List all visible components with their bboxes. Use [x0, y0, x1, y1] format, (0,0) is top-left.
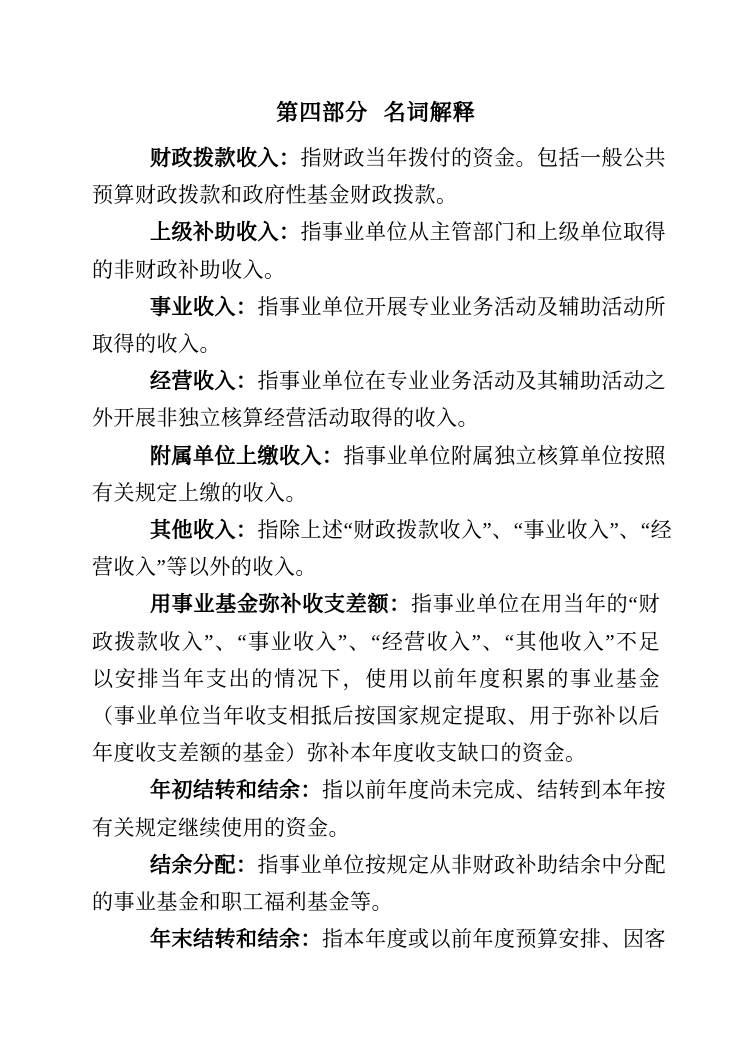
definition-paragraph: 财政拨款收入：指财政当年拨付的资金。包括一般公共预算财政拨款和政府性基金财政拨款… — [92, 140, 660, 214]
text-line: 的事业基金和职工福利基金等。 — [92, 884, 660, 921]
definition-paragraph: 事业收入：指事业单位开展专业业务活动及辅助活动所取得的收入。 — [92, 289, 660, 363]
definition-term: 年初结转和结余： — [150, 778, 322, 802]
text-line: 有关规定继续使用的资金。 — [92, 810, 660, 847]
text-line: 外开展非独立核算经营活动取得的收入。 — [92, 400, 660, 437]
text-line: 政拨款收入”、“事业收入”、“经营收入”、“其他收入”不足 — [92, 624, 660, 661]
definition-paragraph: 其他收入：指除上述“财政拨款收入”、“事业收入”、“经营收入”等以外的收入。 — [92, 512, 660, 586]
text-line: 用事业基金弥补收支差额：指事业单位在用当年的“财 — [92, 586, 660, 623]
text-line: 结余分配：指事业单位按规定从非财政补助结余中分配 — [92, 847, 660, 884]
text-line: 年末结转和结余：指本年度或以前年度预算安排、因客 — [92, 921, 660, 958]
text-line: 附属单位上缴收入：指事业单位附属独立核算单位按照 — [92, 438, 660, 475]
definition-paragraph: 结余分配：指事业单位按规定从非财政补助结余中分配的事业基金和职工福利基金等。 — [92, 847, 660, 921]
definition-paragraph: 经营收入：指事业单位在专业业务活动及其辅助活动之外开展非独立核算经营活动取得的收… — [92, 363, 660, 437]
text-line: 财政拨款收入：指财政当年拨付的资金。包括一般公共 — [92, 140, 660, 177]
definition-term: 其他收入： — [150, 518, 258, 542]
text-line: 年初结转和结余：指以前年度尚未完成、结转到本年按 — [92, 772, 660, 809]
definition-term: 年末结转和结余： — [150, 927, 322, 951]
definitions-list: 财政拨款收入：指财政当年拨付的资金。包括一般公共预算财政拨款和政府性基金财政拨款… — [92, 140, 660, 958]
definition-paragraph: 年初结转和结余：指以前年度尚未完成、结转到本年按有关规定继续使用的资金。 — [92, 772, 660, 846]
definition-paragraph: 用事业基金弥补收支差额：指事业单位在用当年的“财政拨款收入”、“事业收入”、“经… — [92, 586, 660, 772]
definition-term: 附属单位上缴收入： — [150, 444, 344, 468]
definition-paragraph: 年末结转和结余：指本年度或以前年度预算安排、因客 — [92, 921, 660, 958]
definition-term: 上级补助收入： — [150, 220, 301, 244]
definition-paragraph: 上级补助收入：指事业单位从主管部门和上级单位取得的非财政补助收入。 — [92, 214, 660, 288]
definition-paragraph: 附属单位上缴收入：指事业单位附属独立核算单位按照有关规定上缴的收入。 — [92, 438, 660, 512]
definition-term: 财政拨款收入： — [150, 146, 301, 170]
definition-term: 用事业基金弥补收支差额： — [150, 592, 411, 616]
definition-term: 事业收入： — [150, 295, 258, 319]
text-line: 经营收入：指事业单位在专业业务活动及其辅助活动之 — [92, 363, 660, 400]
text-line: 预算财政拨款和政府性基金财政拨款。 — [92, 177, 660, 214]
text-line: 上级补助收入：指事业单位从主管部门和上级单位取得 — [92, 214, 660, 251]
text-line: 事业收入：指事业单位开展专业业务活动及辅助活动所 — [92, 289, 660, 326]
text-line: 取得的收入。 — [92, 326, 660, 363]
text-line: 以安排当年支出的情况下，使用以前年度积累的事业基金 — [92, 661, 660, 698]
text-line: 有关规定上缴的收入。 — [92, 475, 660, 512]
document-page: 第四部分 名词解释 财政拨款收入：指财政当年拨付的资金。包括一般公共预算财政拨款… — [0, 0, 752, 1064]
text-line: 的非财政补助收入。 — [92, 252, 660, 289]
definition-term: 结余分配： — [150, 853, 258, 877]
text-line: （事业单位当年收支相抵后按国家规定提取、用于弥补以后 — [92, 698, 660, 735]
text-line: 年度收支差额的基金）弥补本年度收支缺口的资金。 — [92, 735, 660, 772]
page-title: 第四部分 名词解释 — [92, 94, 660, 132]
definition-term: 经营收入： — [150, 369, 258, 393]
text-line: 营收入”等以外的收入。 — [92, 549, 660, 586]
text-line: 其他收入：指除上述“财政拨款收入”、“事业收入”、“经 — [92, 512, 660, 549]
